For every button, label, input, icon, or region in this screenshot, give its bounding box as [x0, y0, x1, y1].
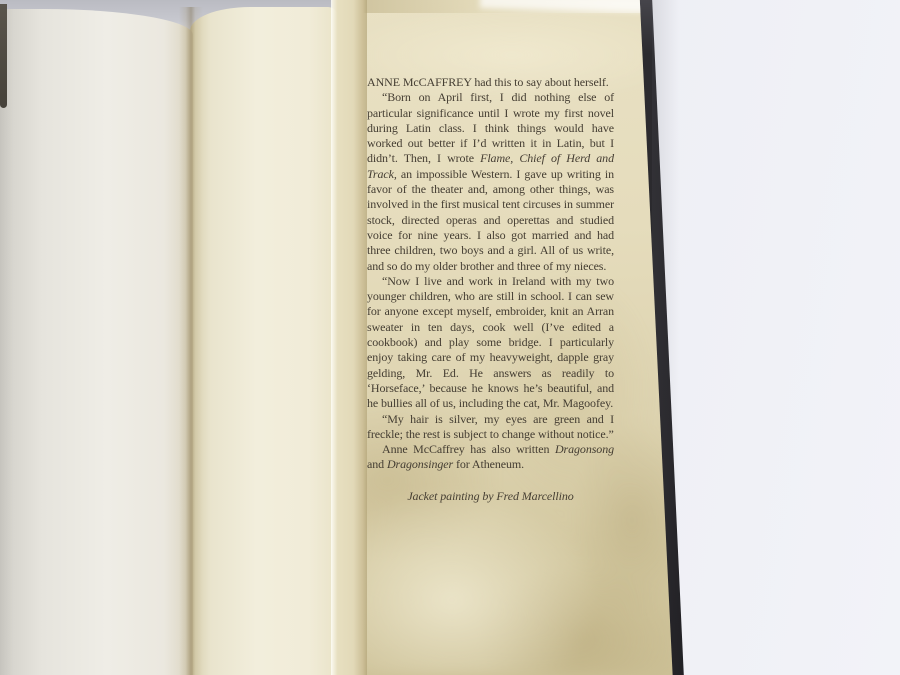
left-cover-sliver	[0, 4, 7, 108]
para4-text-a: Anne McCaffrey has also written	[382, 442, 555, 456]
open-book-photo: ANNE McCAFFREY had this to say about her…	[0, 0, 900, 675]
book-page-left	[0, 9, 193, 675]
book-page-right	[190, 7, 338, 675]
para4-text-c: and	[367, 457, 387, 471]
para4-title-dragonsong: Dragonsong	[555, 442, 614, 456]
jacket-flap-bio-text: ANNE McCAFFREY had this to say about her…	[367, 75, 614, 504]
jacket-painting-credit: Jacket painting by Fred Marcellino	[367, 489, 614, 504]
flap-paragraph-3: “My hair is silver, my eyes are green an…	[367, 412, 614, 443]
para1-text-c: an impossible Western. I gave up writing…	[367, 167, 614, 273]
flap-paragraph-4: Anne McCaffrey has also written Dragonso…	[367, 442, 614, 473]
para4-title-dragonsinger: Dragonsinger	[387, 457, 453, 471]
flap-paragraph-2: “Now I live and work in Ireland with my …	[367, 274, 614, 412]
para4-text-e: for Atheneum.	[453, 457, 524, 471]
book-gutter	[179, 7, 203, 675]
jacket-fold-edge	[331, 0, 367, 675]
flap-intro-paragraph: ANNE McCAFFREY had this to say about her…	[367, 75, 614, 90]
flap-paragraph-1: “Born on April first, I did nothing else…	[367, 90, 614, 274]
